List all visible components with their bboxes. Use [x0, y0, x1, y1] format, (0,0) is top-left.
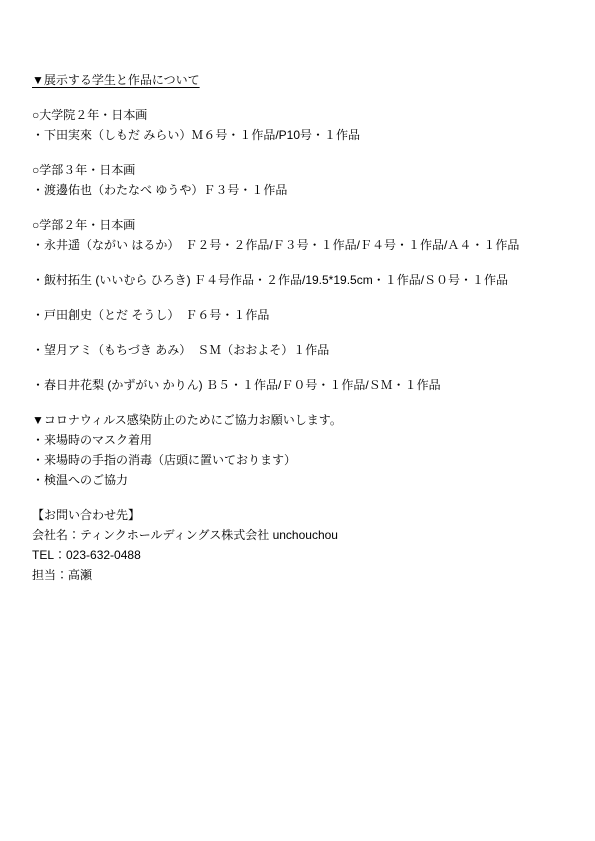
- artist-entry-watanabe: ・渡邊佑也（わたなべ ゆうや）Ｆ３号・１作品: [32, 180, 565, 200]
- covid-notice-item-mask: ・来場時のマスク着用: [32, 430, 565, 450]
- exhibit-section-undergrad-year3: ○学部３年・日本画 ・渡邊佑也（わたなべ ゆうや）Ｆ３号・１作品: [32, 160, 565, 200]
- artist-entry-kasugai: ・春日井花梨 (かずがい かりん) Ｂ５・１作品/Ｆ０号・１作品/ＳＭ・１作品: [32, 375, 565, 395]
- group-heading-undergrad-year3: ○学部３年・日本画: [32, 160, 565, 180]
- contact-person: 担当：高瀬: [32, 565, 565, 585]
- covid-notice-section: ▼コロナウィルス感染防止のためにご協力お願いします。 ・来場時のマスク着用 ・来…: [32, 410, 565, 490]
- covid-notice-item-temperature: ・検温へのご協力: [32, 470, 565, 490]
- page-title: ▼展示する学生と作品について: [32, 70, 565, 90]
- exhibit-section-undergrad-year2: ○学部２年・日本画 ・永井遥（ながい はるか） Ｆ２号・２作品/Ｆ３号・１作品/…: [32, 215, 565, 395]
- covid-notice-item-sanitizer: ・来場時の手指の消毒（店頭に置いております）: [32, 450, 565, 470]
- artist-entry-shimoda: ・下田実來（しもだ みらい）Ｍ６号・１作品/P10号・１作品: [32, 125, 565, 145]
- artist-entry-iimura: ・飯村拓生 (いいむら ひろき) Ｆ４号作品・２作品/19.5*19.5cm・１…: [32, 270, 565, 290]
- contact-tel: TEL：023-632-0488: [32, 545, 565, 565]
- artist-entry-nagai: ・永井遥（ながい はるか） Ｆ２号・２作品/Ｆ３号・１作品/Ｆ４号・１作品/Ａ４…: [32, 235, 565, 255]
- artist-entry-mochizuki: ・望月アミ（もちづき あみ） ＳＭ（おおよそ）１作品: [32, 340, 565, 360]
- exhibit-section-grad-year2: ○大学院２年・日本画 ・下田実來（しもだ みらい）Ｍ６号・１作品/P10号・１作…: [32, 105, 565, 145]
- group-heading-grad-year2: ○大学院２年・日本画: [32, 105, 565, 125]
- document-page: ▼展示する学生と作品について ○大学院２年・日本画 ・下田実來（しもだ みらい）…: [0, 0, 595, 841]
- covid-notice-heading: ▼コロナウィルス感染防止のためにご協力お願いします。: [32, 410, 565, 430]
- contact-heading: 【お問い合わせ先】: [32, 505, 565, 525]
- artist-entry-toda: ・戸田創史（とだ そうし） Ｆ６号・１作品: [32, 305, 565, 325]
- group-heading-undergrad-year2: ○学部２年・日本画: [32, 215, 565, 235]
- contact-section: 【お問い合わせ先】 会社名：ティンクホールディングス株式会社 unchoucho…: [32, 505, 565, 585]
- contact-company: 会社名：ティンクホールディングス株式会社 unchouchou: [32, 525, 565, 545]
